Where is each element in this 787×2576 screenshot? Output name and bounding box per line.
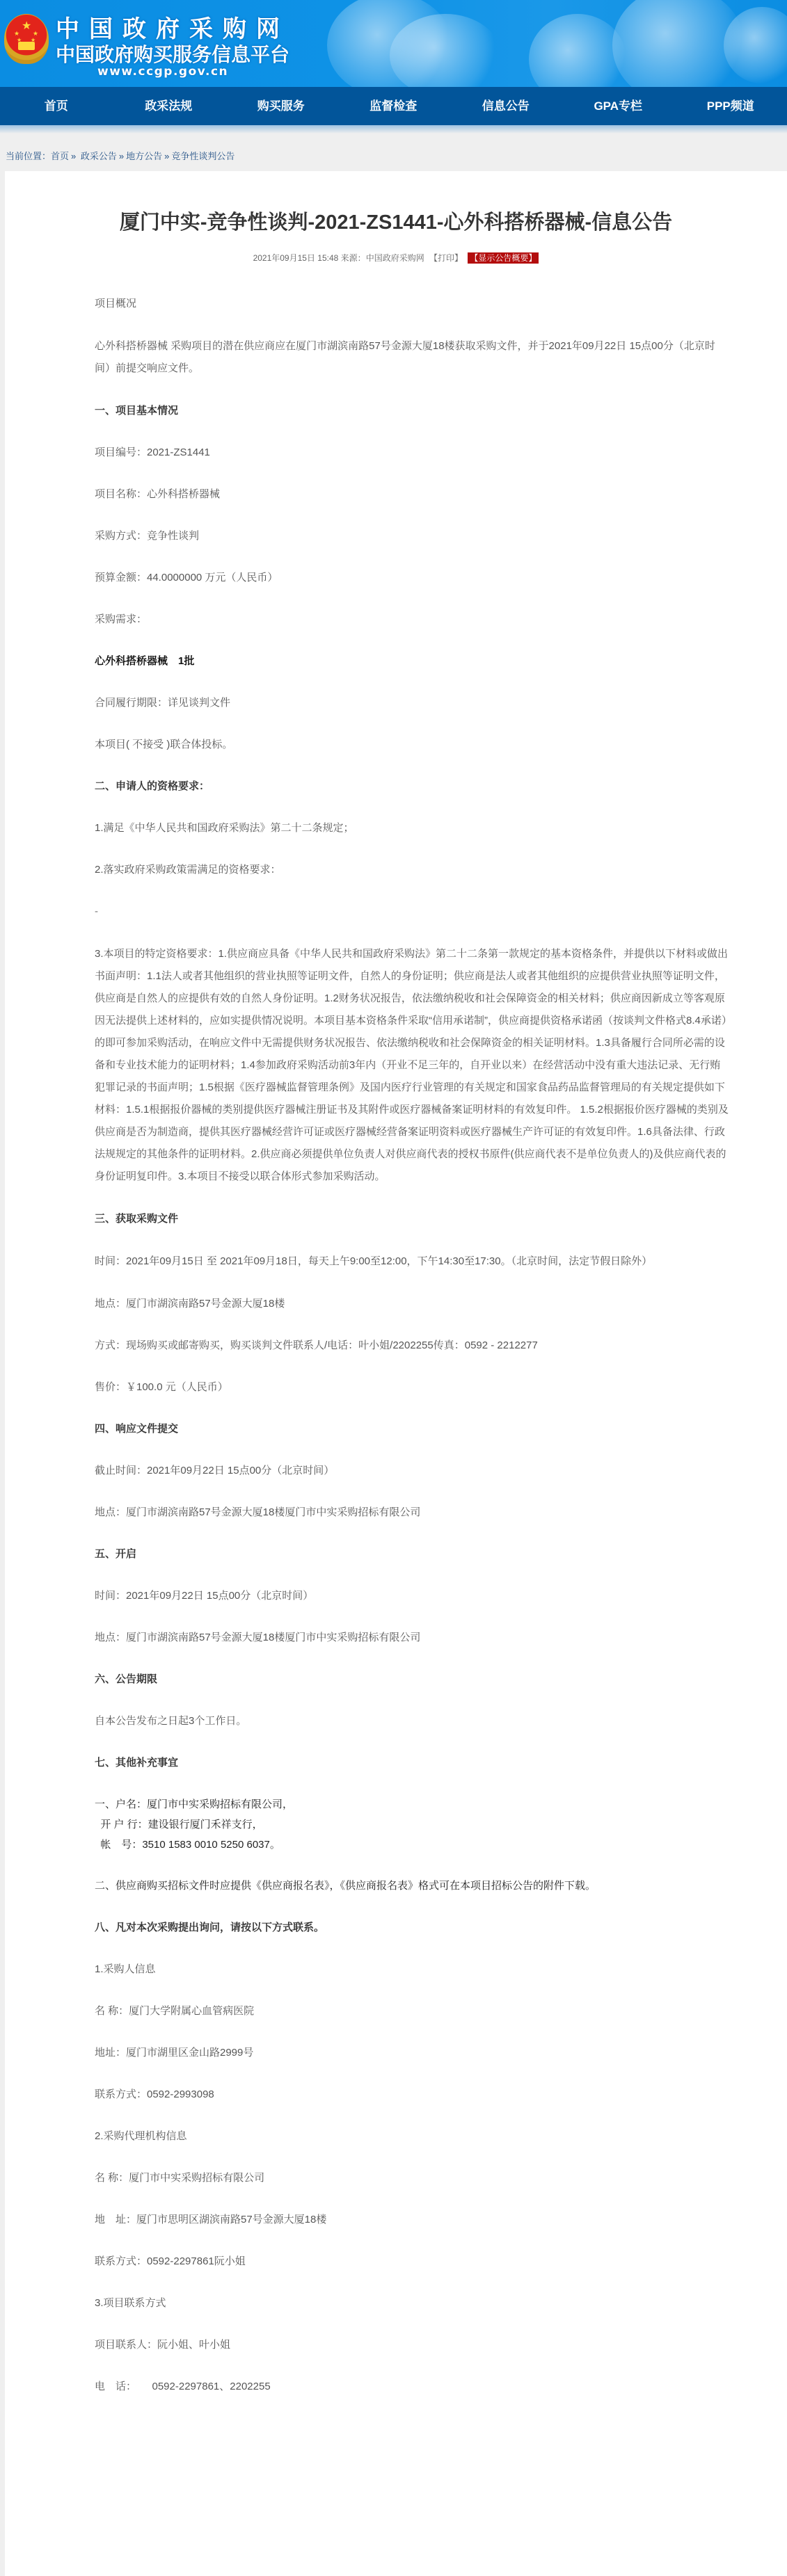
purchaser-contact: 联系方式：0592-2993098 [95,2084,729,2105]
cloud-decoration [390,14,501,87]
nav-item-home[interactable]: 首页 [0,87,113,125]
site-subtitle: 中国政府购买服务信息平台 [56,43,289,67]
section-7-heading: 七、其他补充事宜 [95,1753,729,1773]
opening-time: 时间：2021年09月22日 15点00分（北京时间） [95,1586,729,1607]
contract-period: 合同履行期限：详见谈判文件 [95,693,729,714]
submission-deadline: 截止时间：2021年09月22日 15点00分（北京时间） [95,1460,729,1481]
article-content: 项目概况 心外科搭桥器械 采购项目的潜在供应商应在厦门市湖滨南路57号金源大厦1… [5,293,787,2397]
source-label: 来源： [341,253,366,263]
requirement-2-value: - [95,901,729,922]
nav-item-ppp[interactable]: PPP频道 [674,87,787,125]
purchaser-heading: 1.采购人信息 [95,1959,729,1980]
project-contact-heading: 3.项目联系方式 [95,2293,729,2314]
acquire-place: 地点：厦门市湖滨南路57号金源大厦18楼 [95,1294,729,1314]
agency-contact: 联系方式：0592-2297861阮小姐 [95,2251,729,2272]
article-title: 厦门中实-竞争性谈判-2021-ZS1441-心外科搭桥器械-信息公告 [5,171,787,235]
project-phone: 电 话： 0592-2297861、2202255 [95,2376,729,2397]
announcement-period: 自本公告发布之日起3个工作日。 [95,1711,729,1732]
section-5-heading: 五、开启 [95,1544,729,1565]
purchaser-name: 名 称：厦门大学附属心血管病医院 [95,2001,729,2022]
nav-shadow [0,125,787,134]
breadcrumb-separator: » [164,151,169,161]
project-name: 项目名称：心外科搭桥器械 [95,484,729,505]
section-6-heading: 六、公告期限 [95,1669,729,1690]
section-1-heading: 一、项目基本情况 [95,401,729,421]
section-3-heading: 三、获取采购文件 [95,1209,729,1230]
publish-datetime: 2021年09月15日 15:48 [253,253,339,263]
project-contact-person: 项目联系人：阮小姐、叶小姐 [95,2335,729,2356]
source-name: 中国政府采购网 [366,253,424,263]
national-emblem-icon: ★ ★ ★ ★ ★ [4,14,49,64]
registration-form-note: 二、供应商购买招标文件时应提供《供应商报名表》，《供应商报名表》格式可在本项目招… [95,1876,729,1897]
nav-item-regulations[interactable]: 政采法规 [113,87,225,125]
consortium-policy: 本项目( 不接受 )联合体投标。 [95,734,729,755]
nav-item-gpa[interactable]: GPA专栏 [562,87,675,125]
breadcrumb-gov-procurement[interactable]: 政采公告 [81,151,117,161]
agency-address: 地 址：厦门市思明区湖滨南路57号金源大厦18楼 [95,2209,729,2230]
show-summary-button[interactable]: 【显示公告概要】 [468,252,539,264]
project-number: 项目编号：2021-ZS1441 [95,442,729,463]
breadcrumb-local-announcements[interactable]: 地方公告 [126,151,162,161]
acquire-time: 时间：2021年09月15日 至 2021年09月18日，每天上午9:00至12… [95,1250,729,1273]
bank-name: 开 户 行：建设银行厦门禾祥支行， [95,1814,729,1835]
article-card: 厦门中实-竞争性谈判-2021-ZS1441-心外科搭桥器械-信息公告 2021… [5,171,787,2576]
document-price: 售价：￥100.0 元（人民币） [95,1377,729,1398]
section-2-heading: 二、申请人的资格要求： [95,776,729,797]
breadcrumb-prefix: 当前位置： [6,151,51,161]
purchaser-address: 地址：厦门市湖里区金山路2999号 [95,2043,729,2063]
account-number: 帐 号：3510 1583 0010 5250 6037。 [95,1835,729,1855]
demand-label: 采购需求： [95,609,729,630]
budget-amount: 预算金额：44.0000000 万元（人民币） [95,567,729,588]
breadcrumb-home[interactable]: 首页 [51,151,69,161]
site-banner: ★ ★ ★ ★ ★ 中国政府采购网 中国政府购买服务信息平台 www.ccgp.… [0,0,787,87]
opening-place: 地点：厦门市湖滨南路57号金源大厦18楼厦门市中实采购招标有限公司 [95,1627,729,1648]
breadcrumb-separator: » [71,151,76,161]
procurement-method: 采购方式：竞争性谈判 [95,526,729,547]
nav-item-purchase-services[interactable]: 购买服务 [225,87,337,125]
nav-item-announcements[interactable]: 信息公告 [450,87,562,125]
agency-name: 名 称：厦门市中实采购招标有限公司 [95,2168,729,2189]
section-8-heading: 八、凡对本次采购提出询问，请按以下方式联系。 [95,1917,729,1938]
acquire-method: 方式：现场购买或邮寄购买，购买谈判文件联系人/电话：叶小姐/2202255传真：… [95,1335,729,1356]
breadcrumb: 当前位置：首页» 政采公告»地方公告»竞争性谈判公告 [0,134,787,171]
agency-heading: 2.采购代理机构信息 [95,2126,729,2147]
section-4-heading: 四、响应文件提交 [95,1419,729,1440]
overview-heading: 项目概况 [95,293,729,314]
overview-text: 心外科搭桥器械 采购项目的潜在供应商应在厦门市湖滨南路57号金源大厦18楼获取采… [95,335,729,380]
nav-item-supervision[interactable]: 监督检查 [337,87,450,125]
site-title[interactable]: 中国政府采购网 [56,15,289,43]
main-nav: 首页 政采法规 购买服务 监督检查 信息公告 GPA专栏 PPP频道 [0,87,787,125]
breadcrumb-separator: » [119,151,124,161]
article-meta: 2021年09月15日 15:48 来源：中国政府采购网 【打印】 【显示公告概… [5,252,787,264]
requirement-1: 1.满足《中华人民共和国政府采购法》第二十二条规定； [95,818,729,839]
requirement-3: 3.本项目的特定资格要求：1.供应商应具备《中华人民共和国政府采购法》第二十二条… [95,943,729,1188]
account-name: 一、户名：厦门市中实采购招标有限公司， [95,1794,729,1814]
print-link[interactable]: 【打印】 [429,253,463,263]
requirement-2: 2.落实政府采购政策需满足的资格要求： [95,860,729,880]
demand-item: 心外科搭桥器械 1批 [95,651,729,672]
breadcrumb-negotiation-announcements[interactable]: 竞争性谈判公告 [171,151,234,161]
cloud-decoration [529,14,626,87]
site-url: www.ccgp.gov.cn [97,64,228,79]
submission-place: 地点：厦门市湖滨南路57号金源大厦18楼厦门市中实采购招标有限公司 [95,1502,729,1523]
